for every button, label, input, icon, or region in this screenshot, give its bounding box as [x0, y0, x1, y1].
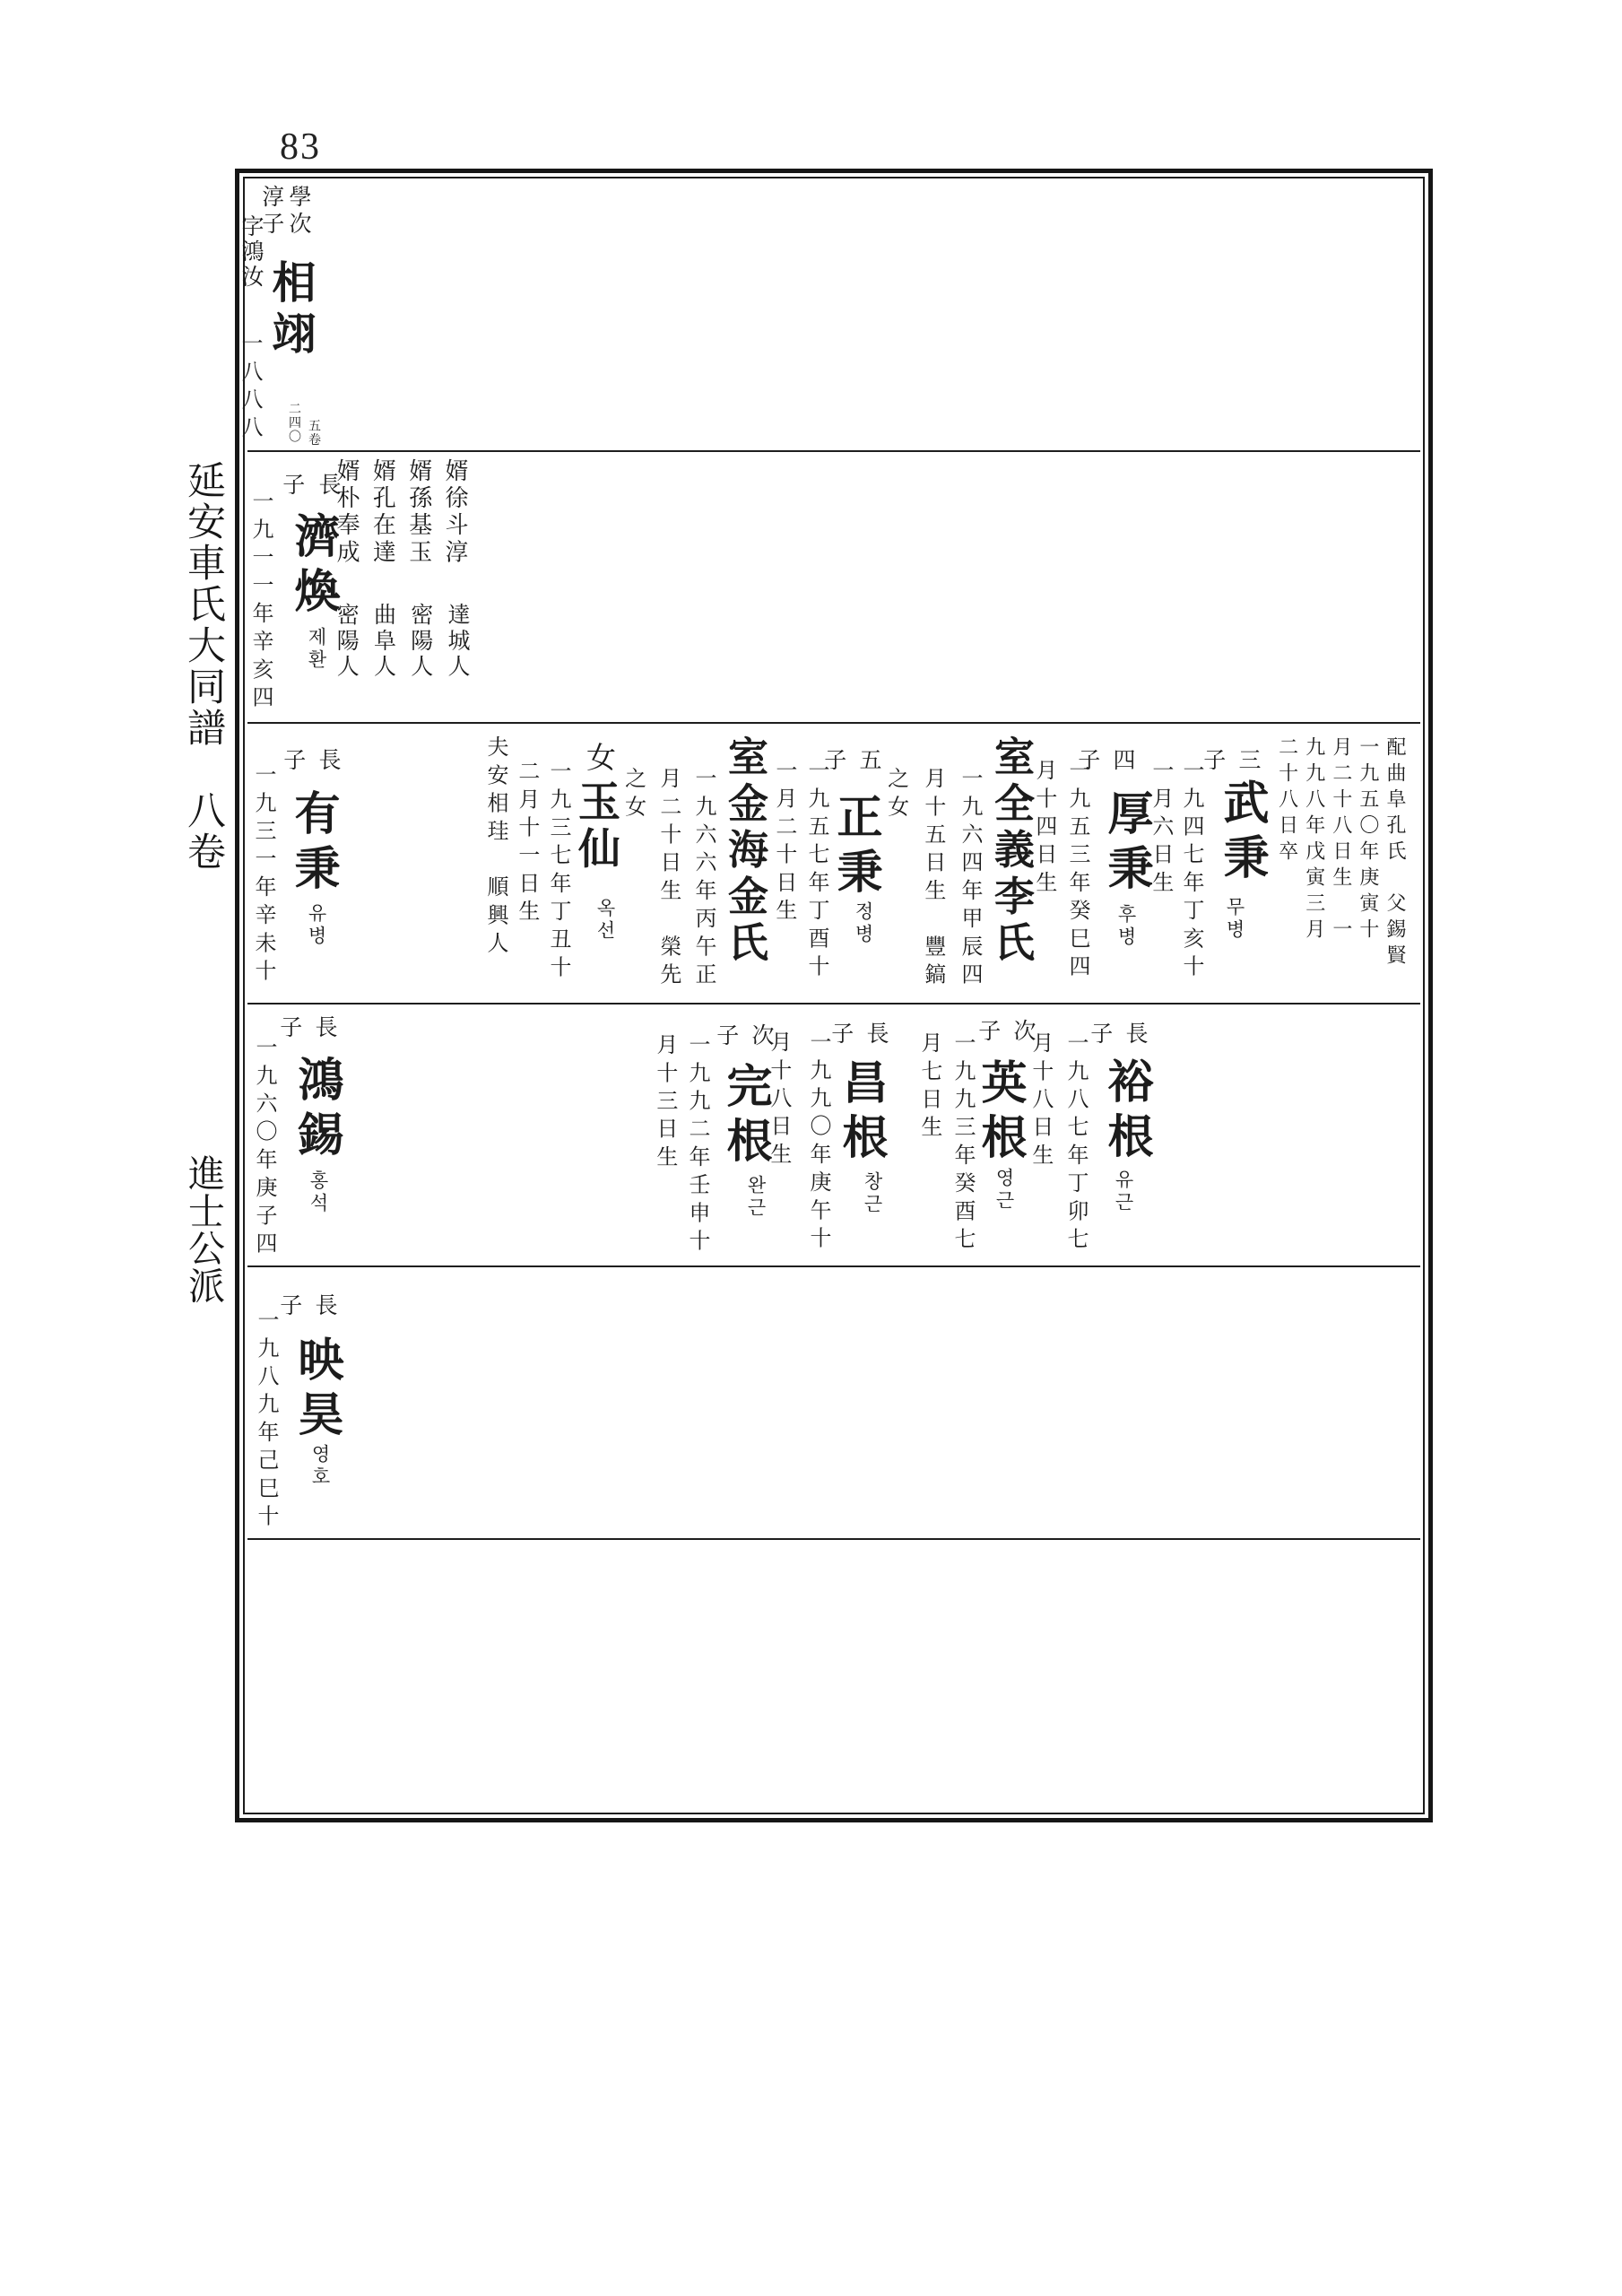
wangeun-name: 完根: [719, 1062, 768, 1171]
sons-in-law-names: 婿徐斗淳婿孫基玉婿孔在達婿朴奉成: [323, 458, 467, 567]
wife-yi-name: 室全義李氏: [989, 735, 1031, 968]
jeongbyeong-hangul: 정병: [854, 901, 873, 946]
yeonggeun-label: 次子: [964, 1019, 1035, 1041]
yugeun-name: 裕根: [1100, 1057, 1149, 1167]
yubyeong-name: 有秉: [287, 789, 335, 899]
text-column: 홍석: [308, 1170, 328, 1215]
text-column: 濟煥: [287, 512, 335, 622]
sons-in-law-origins: 達城人密陽人曲阜人密陽人: [320, 603, 468, 680]
sangik-ref-volume: 五卷: [306, 419, 319, 447]
text-column: 月七日生: [917, 1031, 940, 1256]
text-column: 長: [1123, 1022, 1146, 1044]
text-column: 一九一一年辛亥四: [248, 490, 271, 714]
wife-yi-date: 一九六四年甲辰四月十五日生 豐鎬之女: [869, 767, 980, 991]
yubyeong-label: 長子: [269, 748, 340, 770]
oksun-label: 女: [582, 742, 613, 771]
text-column: 三: [1236, 748, 1259, 770]
yeonggeun-date: 一九九三年癸酉七月七日生: [906, 1031, 973, 1256]
text-column: 子: [281, 748, 304, 770]
text-column: 후병: [1116, 904, 1136, 949]
sangik-birthyear: 一八八八: [238, 332, 260, 444]
genealogy-page: 83 延安車氏大同譜 八卷 進士公派 學次淳子字鴻汝相翊一八八八五卷二四〇婿徐斗…: [0, 0, 1622, 2296]
text-column: 正秉: [829, 793, 878, 902]
text-column: 昌根: [835, 1058, 883, 1168]
wangeun-label: 次子: [702, 1023, 773, 1046]
text-column: 子: [277, 1293, 300, 1316]
jeongbyeong-name: 正秉: [829, 793, 878, 902]
jehwan-name: 濟煥: [287, 512, 335, 622]
row-separator: [247, 1265, 1420, 1267]
text-column: 月十五日生 豐鎬: [921, 767, 943, 991]
text-column: 제환: [307, 627, 326, 672]
sangik-name: 相翊: [268, 259, 314, 361]
text-column: 裕根: [1100, 1057, 1149, 1167]
text-column: 相翊: [268, 259, 314, 361]
text-column: 映昊: [291, 1335, 339, 1445]
jehwan-label: 長子: [267, 473, 340, 495]
text-column: 字鴻汝: [239, 214, 262, 290]
text-column: 정병: [854, 901, 873, 946]
text-column: 一九三七年丁丑十: [546, 760, 568, 984]
yeonggeun-name: 英根: [974, 1058, 1022, 1168]
text-column: 一九八九年己巳十: [254, 1309, 276, 1533]
yubyeong-date: 一九三一年辛未十: [251, 763, 273, 987]
sangik-ref-page: 二四〇: [286, 402, 299, 444]
text-column: 一九九〇年庚午十: [806, 1031, 828, 1255]
text-column: 영호: [310, 1444, 330, 1489]
text-column: 子: [1201, 748, 1224, 770]
text-column: 有秉: [287, 789, 335, 899]
sangik-header: 學次淳子: [256, 185, 310, 239]
text-column: 武秉: [1216, 778, 1264, 888]
text-column: 月十四日生: [1032, 759, 1054, 983]
text-column: 一九五七年丁酉十: [804, 759, 827, 983]
row-separator: [247, 1003, 1420, 1004]
text-column: 子: [714, 1023, 737, 1046]
text-column: 一八八八: [238, 332, 260, 444]
text-column: 一九四七年丁亥十: [1179, 759, 1201, 983]
text-column: 一九五〇年庚寅十: [1358, 736, 1379, 970]
oksun-name: 玉仙: [573, 779, 617, 874]
text-column: 유병: [307, 903, 326, 948]
hubyeong-hangul: 후병: [1116, 904, 1136, 949]
text-column: 玉仙: [573, 779, 617, 874]
text-column: 次: [749, 1023, 772, 1046]
text-column: 五卷: [306, 419, 319, 447]
yeongho-name: 映昊: [291, 1335, 339, 1445]
text-column: 鴻錫: [291, 1056, 339, 1165]
text-column: 一九五三年癸巳四: [1065, 759, 1088, 983]
text-column: 子: [280, 473, 303, 495]
text-column: 一月六日生: [1149, 759, 1171, 983]
text-column: 曲阜人: [370, 603, 394, 680]
row-separator: [247, 722, 1420, 724]
hongseok-label: 長子: [265, 1015, 336, 1038]
text-column: 子: [1088, 1022, 1111, 1044]
text-column: 月十三日生: [653, 1033, 675, 1257]
text-column: 婿孔在達: [370, 458, 395, 567]
yeonggeun-hangul: 영근: [994, 1168, 1014, 1213]
text-column: 長: [316, 473, 339, 495]
text-column: 창근: [863, 1171, 882, 1216]
text-column: 一九九三年癸酉七: [950, 1031, 973, 1256]
text-column: 英根: [974, 1058, 1022, 1168]
oksun-hangul: 옥선: [595, 898, 615, 943]
hongseok-date: 一九六〇年庚子四: [252, 1036, 274, 1260]
hongseok-hangul: 홍석: [308, 1170, 328, 1215]
page-number: 83: [280, 126, 321, 169]
text-column: 五: [856, 748, 880, 770]
text-column: 長: [312, 1015, 335, 1038]
branch-name-vertical: 進士公派: [183, 1154, 223, 1304]
text-column: 月十八日生: [1028, 1031, 1051, 1256]
wangeun-hangul: 완근: [746, 1175, 766, 1220]
yugeun-date: 一九八七年丁卯七月十八日生: [1016, 1031, 1086, 1256]
text-column: 長: [312, 1293, 335, 1316]
text-column: 夫安相珪 順興人: [483, 735, 506, 960]
text-column: 유근: [1114, 1170, 1133, 1214]
genealogy-table-inner-border: [243, 177, 1425, 1814]
mubyeong-name: 武秉: [1216, 778, 1264, 888]
text-column: 婿孫基玉: [406, 458, 430, 567]
changgeun-name: 昌根: [835, 1058, 883, 1168]
yeongho-date: 一九八九年己巳十: [254, 1309, 276, 1533]
text-column: 月十八日生: [767, 1031, 789, 1255]
text-column: 영근: [994, 1168, 1014, 1213]
text-column: 配曲阜孔氏 父錫賢: [1385, 736, 1406, 970]
text-column: 一九九二年壬申十: [685, 1033, 707, 1257]
mubyeong-hangul: 무병: [1225, 897, 1245, 942]
text-column: 長: [863, 1022, 887, 1044]
text-column: 之女: [620, 767, 643, 991]
text-column: 一九六〇年庚子四: [252, 1036, 274, 1260]
jeongbyeong-date: 一九五七年丁酉十一月二十日生: [762, 759, 827, 983]
genealogy-table-outer-border: [235, 169, 1433, 1822]
yubyeong-hangul: 유병: [307, 903, 326, 948]
text-column: 九九八年戊寅三月: [1305, 736, 1325, 970]
text-column: 完根: [719, 1062, 768, 1171]
text-column: 子: [828, 1022, 852, 1044]
text-column: 學次: [286, 185, 309, 239]
text-column: 婿徐斗淳: [443, 458, 467, 567]
text-column: 무병: [1225, 897, 1245, 942]
text-column: 二月十一日生: [515, 760, 537, 984]
text-column: 女: [582, 742, 613, 771]
text-column: 一九六四年甲辰四: [958, 767, 980, 991]
jehwan-hangul: 제환: [307, 627, 326, 672]
text-column: 子: [976, 1019, 999, 1041]
text-column: 長: [316, 748, 339, 770]
text-column: 達城人: [445, 603, 468, 680]
text-column: 四: [1110, 748, 1133, 770]
text-column: 一九八七年丁卯七: [1063, 1031, 1086, 1256]
yeongho-hangul: 영호: [310, 1444, 330, 1489]
hubyeong-name: 厚秉: [1100, 789, 1149, 899]
wangeun-date: 一九九二年壬申十月十三日生: [643, 1033, 707, 1257]
changgeun-hangul: 창근: [863, 1171, 882, 1216]
text-column: 一九六六年丙午正: [691, 767, 714, 991]
row-separator: [247, 450, 1420, 452]
text-column: 옥선: [595, 898, 615, 943]
text-column: 厚秉: [1100, 789, 1149, 899]
text-column: 密陽人: [408, 603, 431, 680]
text-column: 子: [277, 1015, 300, 1038]
hongseok-name: 鴻錫: [291, 1056, 339, 1165]
book-title-vertical: 延安車氏大同譜 八卷: [182, 460, 224, 873]
wife-kim-name: 室金海金氏: [723, 735, 765, 968]
text-column: 一月二十日生: [772, 759, 794, 983]
jehwan-date: 一九一一年辛亥四: [248, 490, 271, 714]
text-column: 室全義李氏: [989, 735, 1031, 968]
text-column: 之女: [883, 767, 906, 991]
oksun-date: 一九三七年丁丑十二月十一日生: [506, 760, 568, 984]
text-column: 室金海金氏: [723, 735, 765, 968]
oksun-husband: 夫安相珪 順興人: [483, 735, 506, 960]
text-column: 次: [1010, 1019, 1034, 1041]
text-column: 완근: [746, 1175, 766, 1220]
sangik-courtesy: 字鴻汝: [239, 214, 262, 290]
text-column: 月二十日生 榮先: [656, 767, 679, 991]
text-column: 二四〇: [286, 402, 299, 444]
text-column: 一九三一年辛未十: [251, 763, 273, 987]
wife-kim-date: 一九六六年丙午正月二十日生 榮先之女: [608, 767, 714, 991]
row-separator: [247, 1538, 1420, 1540]
yugeun-hangul: 유근: [1114, 1170, 1133, 1214]
spouse-gong: 配曲阜孔氏 父錫賢一九五〇年庚寅十月二十八日生 一九九八年戊寅三月二十八日卒: [1271, 736, 1406, 970]
text-column: 月二十八日生 一: [1331, 736, 1352, 970]
text-column: 二十八日卒: [1278, 736, 1298, 970]
